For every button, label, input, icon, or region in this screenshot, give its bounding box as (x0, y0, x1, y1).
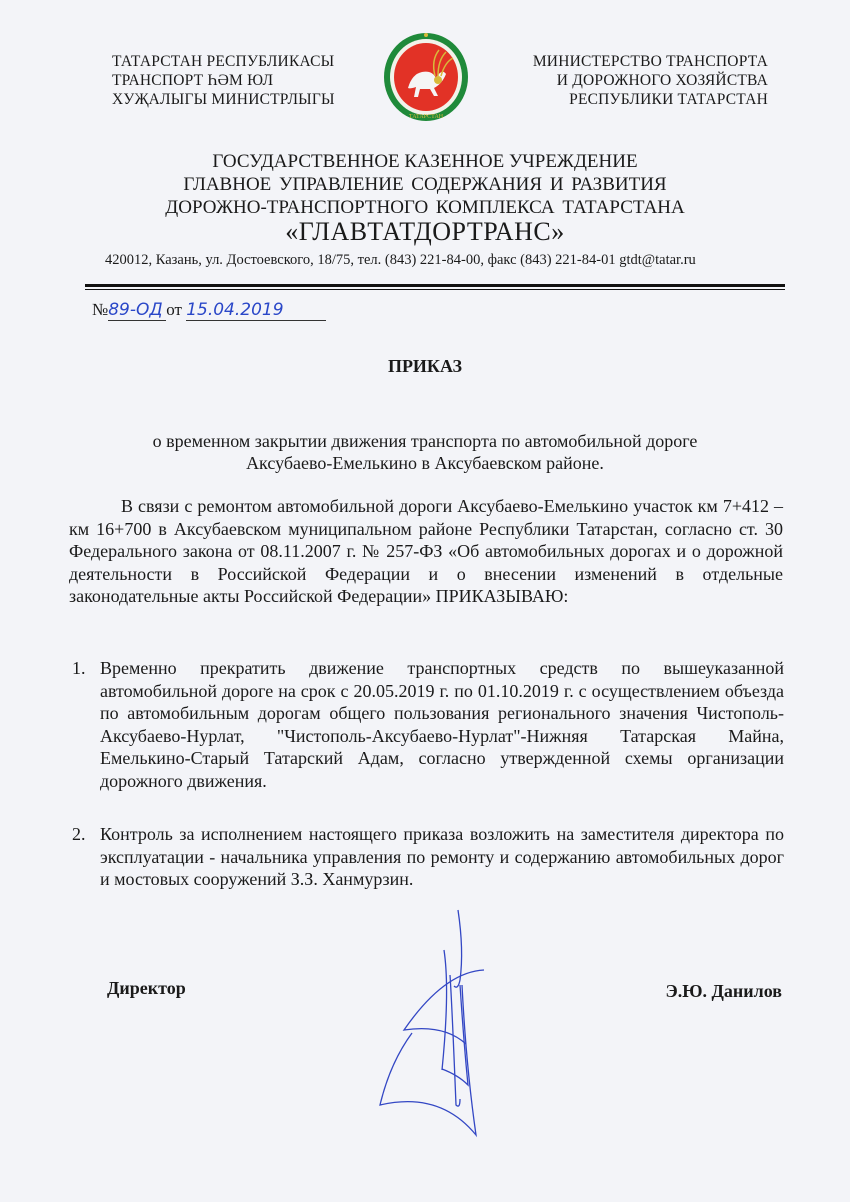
ministry-name-tatar: ТАТАРСТАН РЕСПУБЛИКАСЫ ТРАНСПОРТ ҺӘМ ЮЛ … (112, 52, 335, 109)
org-address: 420012, Казань, ул. Достоевского, 18/75,… (105, 252, 696, 269)
number-prefix: № (92, 300, 108, 319)
tatarstan-emblem-icon: ТАТАРСТАН (380, 28, 472, 124)
header-divider-thick (85, 284, 785, 287)
order-item-2: 2. Контроль за исполнением настоящего пр… (72, 823, 784, 891)
signatory-role: Директор (107, 978, 186, 999)
org-line-2: ГЛАВНОЕ УПРАВЛЕНИЕ СОДЕРЖАНИЯ И РАЗВИТИЯ (0, 173, 850, 196)
subject-line-2: Аксубаево-Емелькино в Аксубаевском район… (0, 452, 850, 474)
item-number: 2. (72, 823, 100, 891)
registration-line: №89-ОДот 15.04.2019 (92, 300, 326, 321)
item-text: Временно прекратить движение транспортны… (100, 657, 784, 792)
header-divider-thin (85, 289, 785, 290)
order-date: 15.04.2019 (186, 300, 326, 321)
preamble-paragraph: В связи с ремонтом автомобильной дороги … (69, 495, 783, 608)
signatory-name: Э.Ю. Данилов (666, 981, 782, 1002)
document-subject: о временном закрытии движения транспорта… (0, 430, 850, 474)
item-text: Контроль за исполнением настоящего прика… (100, 823, 784, 891)
subject-line-1: о временном закрытии движения транспорта… (0, 430, 850, 452)
order-number: 89-ОД (108, 300, 166, 321)
date-prefix: от (166, 300, 182, 319)
svg-text:ТАТАРСТАН: ТАТАРСТАН (409, 114, 444, 120)
org-short-name: «ГЛАВТАТДОРТРАНС» (0, 217, 850, 247)
item-number: 1. (72, 657, 100, 792)
org-line-3: ДОРОЖНО-ТРАНСПОРТНОГО КОМПЛЕКСА ТАТАРСТА… (0, 196, 850, 219)
ministry-name-russian: МИНИСТЕРСТВО ТРАНСПОРТА И ДОРОЖНОГО ХОЗЯ… (533, 52, 768, 109)
order-item-1: 1. Временно прекратить движение транспор… (72, 657, 784, 792)
org-type: ГОСУДАРСТВЕННОЕ КАЗЕННОЕ УЧРЕЖДЕНИЕ (0, 150, 850, 173)
handwritten-signature-icon (330, 905, 530, 1185)
document-title: ПРИКАЗ (0, 356, 850, 377)
